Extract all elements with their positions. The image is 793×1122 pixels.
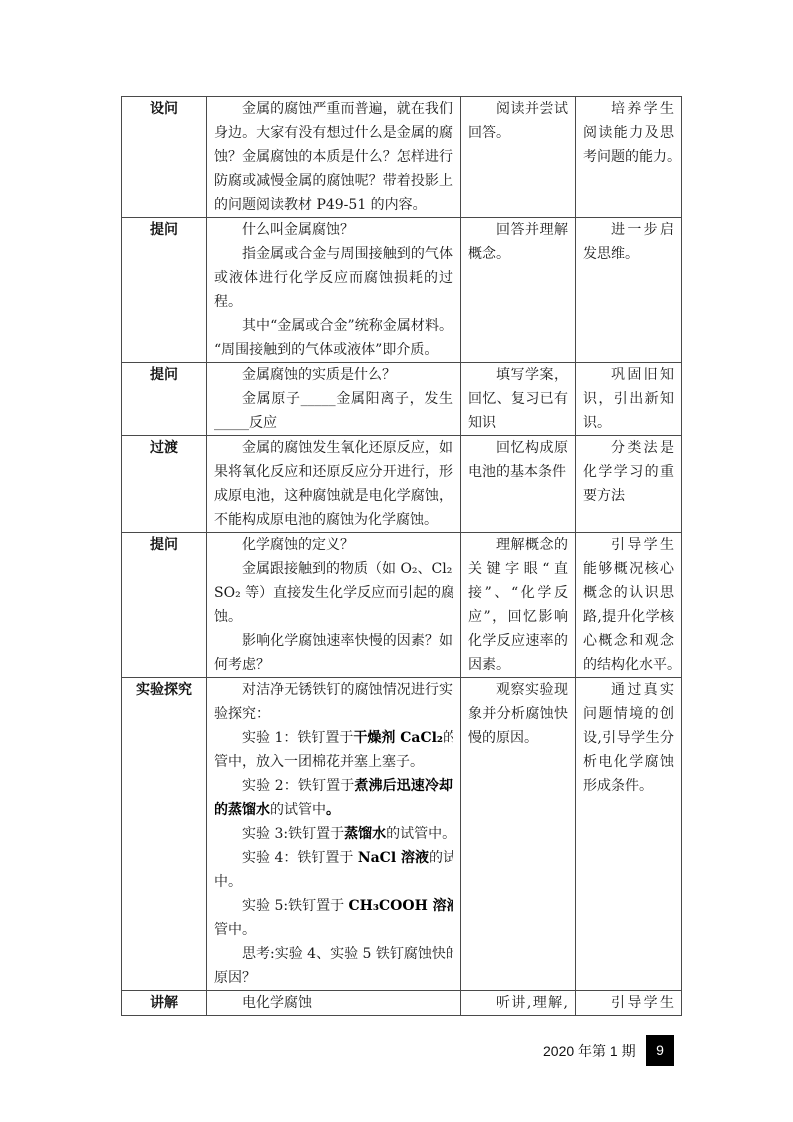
cell-content: 金属腐蚀的实质是什么？金属原子_____金属阳离子，发生_____反应 [207, 363, 461, 436]
text-segment: 实验 3:铁钉置于 [242, 826, 344, 842]
table-row: 提问化学腐蚀的定义？金属跟接触到的物质（如 O₂、Cl₂、SO₂ 等）直接发生化… [122, 533, 682, 678]
table-row: 提问金属腐蚀的实质是什么？金属原子_____金属阳离子，发生_____反应填写学… [122, 363, 682, 436]
text-line: 果将氧化反应和还原反应分开进行，形 [214, 460, 453, 484]
row-label: 设问 [122, 97, 207, 218]
row-label: 提问 [122, 363, 207, 436]
text-line: 能够概况核心 [583, 557, 674, 581]
cell-content: 化学腐蚀的定义？金属跟接触到的物质（如 O₂、Cl₂、SO₂ 等）直接发生化学反… [207, 533, 461, 678]
row-label: 提问 [122, 533, 207, 678]
text-line: 验探究： [214, 702, 453, 726]
footer-issue-label: 2020 年第 1 期 [543, 1042, 636, 1060]
text-line: 金属跟接触到的物质（如 O₂、Cl₂、 [214, 557, 453, 581]
cell-intent: 分类法是化学学习的重要方法 [576, 436, 682, 533]
table-row: 提问什么叫金属腐蚀？指金属或合金与周围接触到的气体或液体进行化学反应而腐蚀损耗的… [122, 218, 682, 363]
text-line: 慢的原因。 [468, 726, 568, 750]
text-line: 管中。 [214, 918, 453, 942]
text-line: 引导学生 [583, 991, 674, 1015]
text-line: 对洁净无锈铁钉的腐蚀情况进行实 [214, 678, 453, 702]
text-segment: 的试管中 [270, 802, 326, 818]
bold-text: 干燥剂 CaCl₂ [353, 730, 443, 746]
text-line: 实验 2：铁钉置于煮沸后迅速冷却 [214, 774, 453, 798]
cell-intent: 引导学生能够概况核心概念的认识思路,提升化学核心概念和观念的结构化水平。 [576, 533, 682, 678]
text-line: 蚀。 [214, 605, 453, 629]
cell-content: 金属的腐蚀发生氧化还原反应，如果将氧化反应和还原反应分开进行，形成原电池，这种腐… [207, 436, 461, 533]
text-line: 问题情境的创 [583, 702, 674, 726]
row-label: 实验探究 [122, 678, 207, 991]
text-segment: 实验 5:铁钉置于 [242, 898, 349, 914]
bold-text: 的蒸馏水 [214, 802, 270, 818]
text-line: 阅读并尝试 [468, 97, 568, 121]
text-line: 关键字眼“直 [468, 557, 568, 581]
bold-text: NaCl 溶液 [358, 850, 429, 866]
text-line: 原因？ [214, 966, 453, 990]
cell-content: 对洁净无锈铁钉的腐蚀情况进行实验探究：实验 1：铁钉置于干燥剂 CaCl₂的试管… [207, 678, 461, 991]
text-line: 识，引出新知 [583, 387, 674, 411]
text-line: 应”，回忆影响 [468, 605, 568, 629]
text-line: 中。 [214, 870, 453, 894]
text-segment: 实验 2：铁钉置于 [242, 778, 354, 794]
text-segment: 实验 4：铁钉置于 [242, 850, 358, 866]
text-line: 电化学腐蚀 [214, 991, 453, 1015]
text-line: 填写学案， [468, 363, 568, 387]
text-line: 回答。 [468, 121, 568, 145]
cell-intent: 引导学生 [576, 991, 682, 1016]
text-line: 分类法是 [583, 436, 674, 460]
text-line: 发思维。 [583, 242, 674, 266]
text-line: 不能构成原电池的腐蚀为化学腐蚀。 [214, 508, 453, 532]
cell-activity: 阅读并尝试回答。 [461, 97, 576, 218]
text-line: 影响化学腐蚀速率快慢的因素？如 [214, 629, 453, 653]
text-line: 实验 4：铁钉置于 NaCl 溶液的试管 [214, 846, 453, 870]
table-row: 讲解电化学腐蚀听讲,理解,引导学生 [122, 991, 682, 1016]
cell-activity: 理解概念的关键字眼“直接”、“化学反应”，回忆影响化学反应速率的因素。 [461, 533, 576, 678]
row-label: 提问 [122, 218, 207, 363]
text-line: 化学学习的重 [583, 460, 674, 484]
text-line: 的蒸馏水的试管中。 [214, 798, 453, 822]
page-number-badge: 9 [646, 1035, 674, 1066]
text-line: 金属的腐蚀发生氧化还原反应，如 [214, 436, 453, 460]
text-segment: 的试管中。 [386, 826, 453, 842]
text-line: 金属的腐蚀严重而普遍，就在我们 [214, 97, 453, 121]
text-segment: 实验 1：铁钉置于 [242, 730, 353, 746]
bold-text: 煮沸后迅速冷却 [354, 778, 453, 794]
cell-content: 电化学腐蚀 [207, 991, 461, 1016]
text-line: SO₂ 等）直接发生化学反应而引起的腐 [214, 581, 453, 605]
document-page: 设问金属的腐蚀严重而普遍，就在我们身边。大家有没有想过什么是金属的腐蚀？金属腐蚀… [0, 0, 793, 1122]
text-line: 回忆构成原 [468, 436, 568, 460]
text-line: 化学反应速率的 [468, 629, 568, 653]
lesson-plan-table: 设问金属的腐蚀严重而普遍，就在我们身边。大家有没有想过什么是金属的腐蚀？金属腐蚀… [121, 96, 682, 1016]
text-line: 程。 [214, 290, 453, 314]
text-line: 回答并理解 [468, 218, 568, 242]
text-line: 通过真实 [583, 678, 674, 702]
text-segment: 的试管 [429, 850, 453, 866]
text-line: 心概念和观念 [583, 629, 674, 653]
text-line: 的结构化水平。 [583, 653, 674, 677]
text-line: 蚀？金属腐蚀的本质是什么？怎样进行 [214, 145, 453, 169]
text-line: 思考:实验 4、实验 5 铁钉腐蚀快的 [214, 942, 453, 966]
text-line: 考问题的能力。 [583, 145, 674, 169]
text-line: 身边。大家有没有想过什么是金属的腐 [214, 121, 453, 145]
text-line: 因素。 [468, 653, 568, 677]
text-line: 指金属或合金与周围接触到的气体 [214, 242, 453, 266]
text-line: 金属原子_____金属阳离子，发生 [214, 387, 453, 411]
text-line: 实验 3:铁钉置于蒸馏水的试管中。 [214, 822, 453, 846]
text-line: 管中，放入一团棉花并塞上塞子。 [214, 750, 453, 774]
text-line: 理解概念的 [468, 533, 568, 557]
text-line: 的问题阅读教材 P49-51 的内容。 [214, 193, 453, 217]
cell-activity: 听讲,理解, [461, 991, 576, 1016]
cell-activity: 回忆构成原电池的基本条件 [461, 436, 576, 533]
cell-intent: 通过真实问题情境的创设,引导学生分析电化学腐蚀形成条件。 [576, 678, 682, 991]
bold-text: CH₃COOH 溶液 [349, 898, 453, 914]
text-line: 其中“金属或合金”统称金属材料。 [214, 314, 453, 338]
text-line: 巩固旧知 [583, 363, 674, 387]
text-line: _____反应 [214, 411, 453, 435]
table-row: 设问金属的腐蚀严重而普遍，就在我们身边。大家有没有想过什么是金属的腐蚀？金属腐蚀… [122, 97, 682, 218]
lesson-table-body: 设问金属的腐蚀严重而普遍，就在我们身边。大家有没有想过什么是金属的腐蚀？金属腐蚀… [122, 97, 682, 1016]
text-line: 什么叫金属腐蚀？ [214, 218, 453, 242]
row-label: 过渡 [122, 436, 207, 533]
cell-intent: 巩固旧知识，引出新知识。 [576, 363, 682, 436]
table-row: 过渡金属的腐蚀发生氧化还原反应，如果将氧化反应和还原反应分开进行，形成原电池，这… [122, 436, 682, 533]
text-line: 识。 [583, 411, 674, 435]
text-line: 实验 1：铁钉置于干燥剂 CaCl₂的试 [214, 726, 453, 750]
text-line: 化学腐蚀的定义？ [214, 533, 453, 557]
text-line: 听讲,理解, [468, 991, 568, 1015]
cell-content: 金属的腐蚀严重而普遍，就在我们身边。大家有没有想过什么是金属的腐蚀？金属腐蚀的本… [207, 97, 461, 218]
text-line: 要方法 [583, 484, 674, 508]
text-line: 培养学生 [583, 97, 674, 121]
text-segment: 的试 [443, 730, 453, 746]
text-line: 防腐或减慢金属的腐蚀呢？带着投影上 [214, 169, 453, 193]
text-line: 接”、“化学反 [468, 581, 568, 605]
text-line: 概念。 [468, 242, 568, 266]
text-line: 何考虑？ [214, 653, 453, 677]
text-line: 引导学生 [583, 533, 674, 557]
bold-text: 蒸馏水 [344, 826, 386, 842]
text-line: 析电化学腐蚀 [583, 750, 674, 774]
text-line: 实验 5:铁钉置于 CH₃COOH 溶液的试 [214, 894, 453, 918]
text-line: 形成条件。 [583, 774, 674, 798]
text-line: 概念的认识思 [583, 581, 674, 605]
cell-intent: 进一步启发思维。 [576, 218, 682, 363]
text-line: “周围接触到的气体或液体”即介质。 [214, 338, 453, 362]
text-line: 回忆、复习已有 [468, 387, 568, 411]
text-line: 观察实验现 [468, 678, 568, 702]
cell-activity: 填写学案，回忆、复习已有知识 [461, 363, 576, 436]
row-label: 讲解 [122, 991, 207, 1016]
text-line: 金属腐蚀的实质是什么？ [214, 363, 453, 387]
text-line: 成原电池，这种腐蚀就是电化学腐蚀， [214, 484, 453, 508]
text-line: 知识 [468, 411, 568, 435]
text-line: 象并分析腐蚀快 [468, 702, 568, 726]
text-line: 或液体进行化学反应而腐蚀损耗的过 [214, 266, 453, 290]
text-line: 阅读能力及思 [583, 121, 674, 145]
text-line: 设,引导学生分 [583, 726, 674, 750]
table-row: 实验探究对洁净无锈铁钉的腐蚀情况进行实验探究：实验 1：铁钉置于干燥剂 CaCl… [122, 678, 682, 991]
bold-text: 。 [326, 802, 340, 818]
cell-intent: 培养学生阅读能力及思考问题的能力。 [576, 97, 682, 218]
text-line: 进一步启 [583, 218, 674, 242]
cell-content: 什么叫金属腐蚀？指金属或合金与周围接触到的气体或液体进行化学反应而腐蚀损耗的过程… [207, 218, 461, 363]
cell-activity: 回答并理解概念。 [461, 218, 576, 363]
cell-activity: 观察实验现象并分析腐蚀快慢的原因。 [461, 678, 576, 991]
text-line: 电池的基本条件 [468, 460, 568, 484]
text-line: 路,提升化学核 [583, 605, 674, 629]
